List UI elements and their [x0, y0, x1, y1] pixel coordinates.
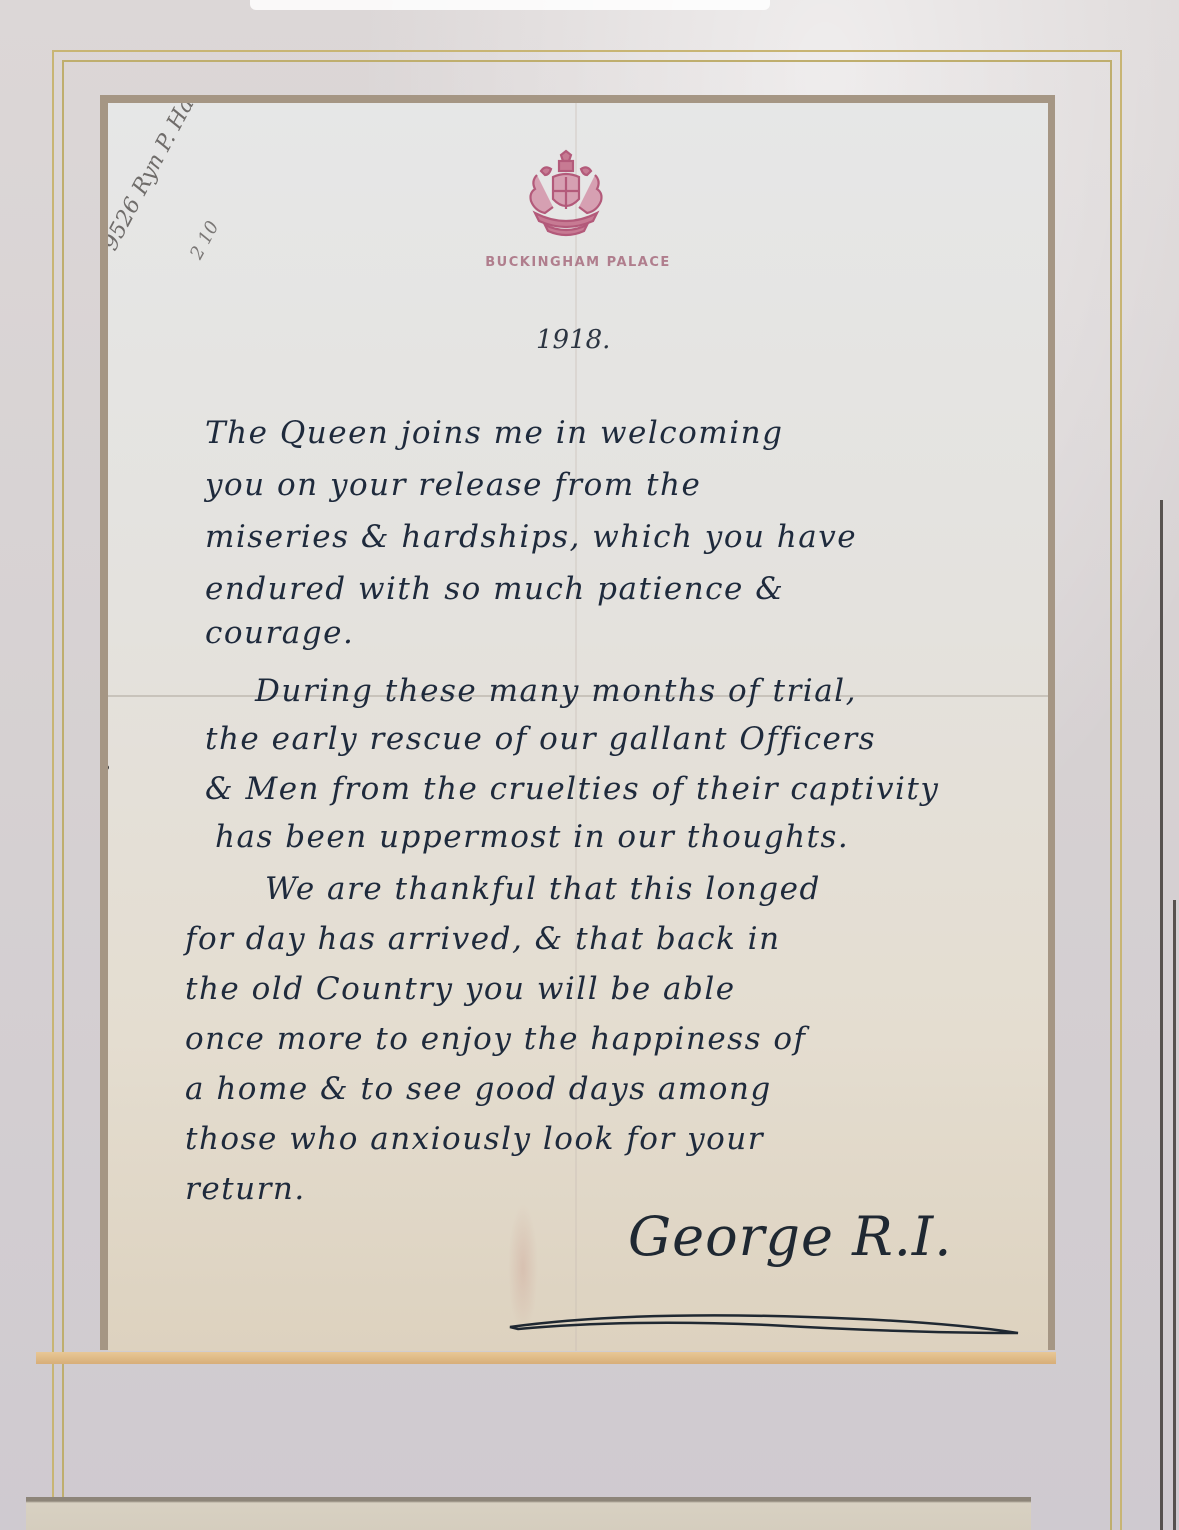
letter-line: The Queen joins me in welcoming	[205, 415, 783, 451]
letter-paper: 9526 Ryn P. Harris 2 10 BUCKINGHAM PALAC…	[108, 103, 1048, 1351]
royal-coat-of-arms-icon	[521, 149, 611, 249]
letter-line: those who anxiously look for your	[185, 1121, 764, 1157]
letterhead-text: BUCKINGHAM PALACE	[485, 255, 671, 270]
signature-flourish-icon	[508, 1303, 1028, 1343]
letter-line: & Men from the cruelties of their captiv…	[205, 771, 939, 807]
letter-line: the old Country you will be able	[185, 971, 736, 1007]
frame-edge-line	[1160, 500, 1163, 1530]
letter-line: miseries & hardships, which you have	[205, 519, 857, 555]
letter-line: has been uppermost in our thoughts.	[215, 819, 849, 855]
frame-edge-line	[1173, 900, 1176, 1530]
letterhead: BUCKINGHAM PALACE	[108, 255, 1048, 270]
letter-line: During these many months of trial,	[255, 673, 857, 709]
letter-line: the early rescue of our gallant Officers	[205, 721, 876, 757]
letter-line: We are thankful that this longed	[265, 871, 821, 907]
letter-line: courage.	[205, 615, 354, 651]
signature: George R.I.	[628, 1205, 952, 1268]
lower-mat-window	[26, 1497, 1031, 1530]
letter-line: return.	[185, 1171, 306, 1207]
letter-line: a home & to see good days among	[185, 1071, 772, 1107]
mat-window-bevel-bottom	[36, 1352, 1056, 1364]
glass-glare	[250, 0, 770, 10]
letter-line: you on your release from the	[205, 467, 701, 503]
ink-dot	[108, 765, 109, 770]
letter-line: for day has arrived, & that back in	[185, 921, 781, 957]
letter-line: endured with so much patience &	[205, 571, 784, 607]
letter-date: 1918.	[536, 325, 610, 355]
letter-line: once more to enjoy the happiness of	[185, 1021, 807, 1057]
